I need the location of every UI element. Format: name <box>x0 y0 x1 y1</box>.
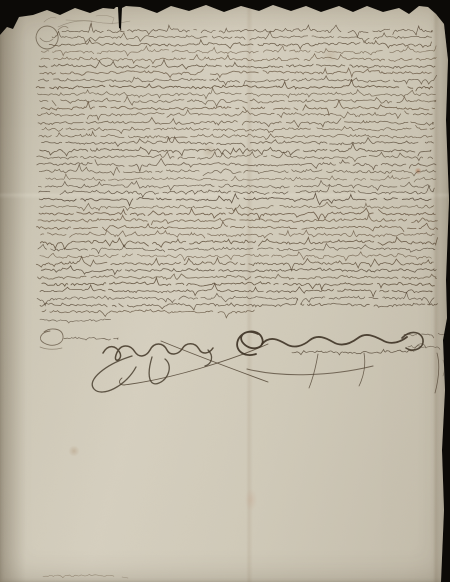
manuscript-paper <box>0 0 450 582</box>
photo-background <box>0 0 450 582</box>
photo-grain-texture <box>0 0 450 582</box>
handwriting-layer <box>0 0 450 582</box>
